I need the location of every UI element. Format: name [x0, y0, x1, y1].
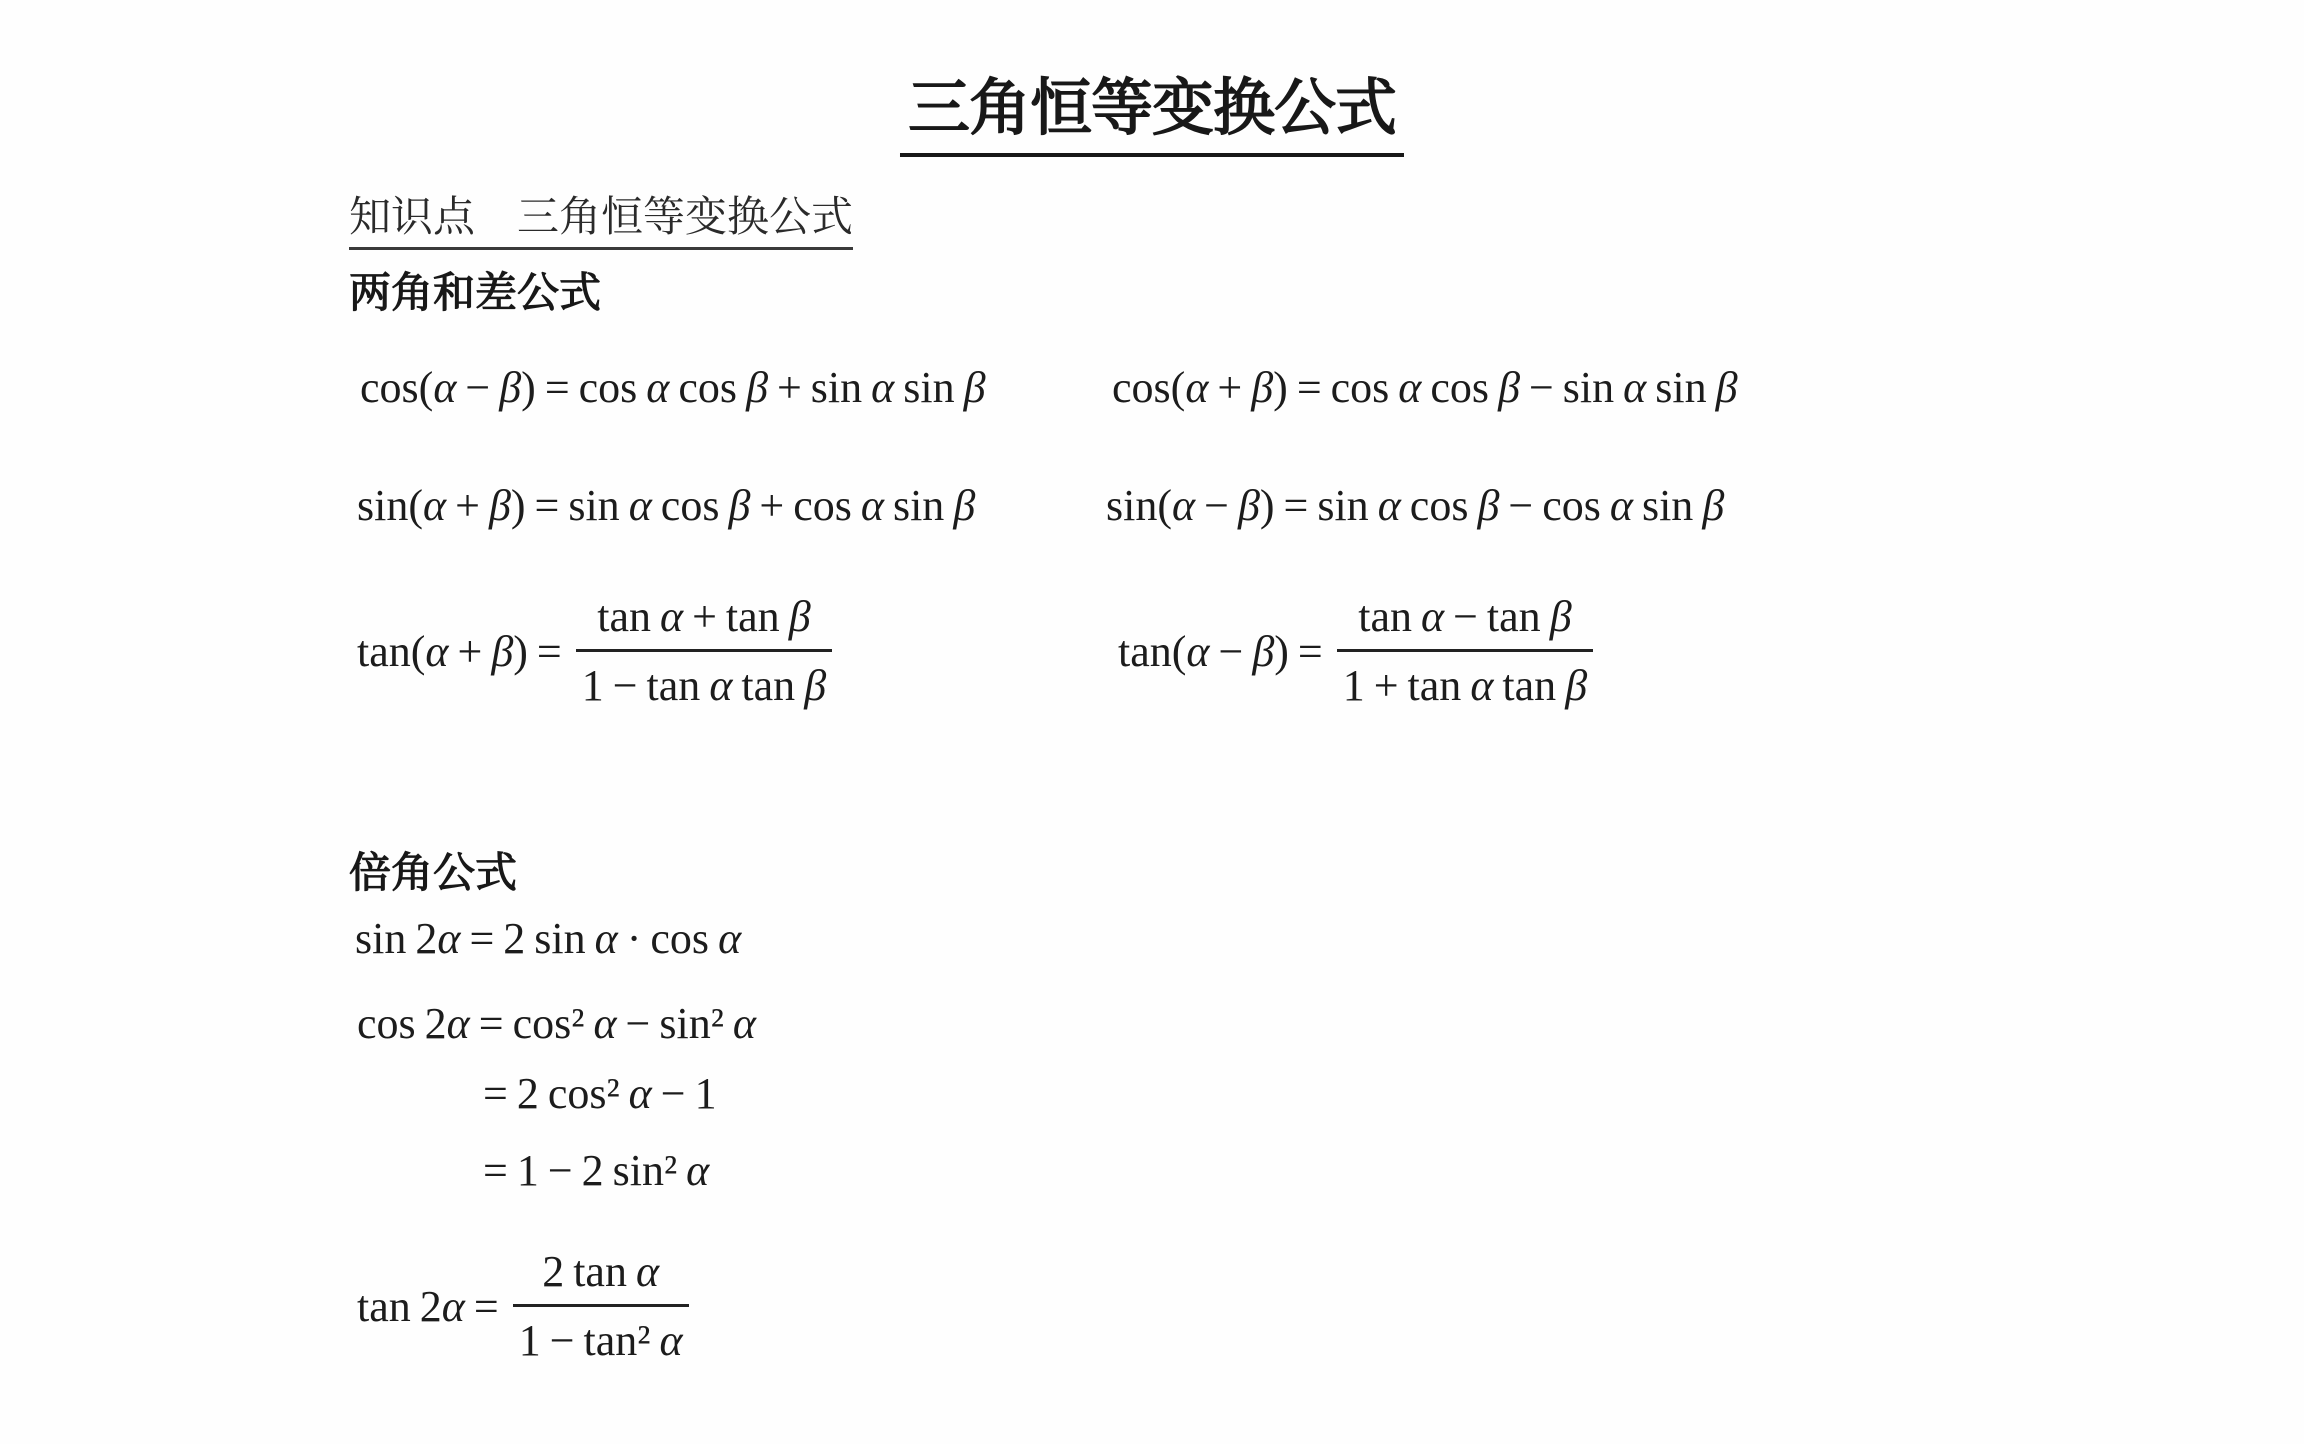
fraction-denominator: 1 + tan α tan β	[1337, 652, 1593, 708]
fraction: tan α − tan β 1 + tan α tan β	[1337, 595, 1593, 708]
formula-cos-2a-alt1: = 2 cos² α − 1	[483, 1072, 717, 1116]
fraction: tan α + tan β 1 − tan α tan β	[576, 595, 832, 708]
formula-cos-2a: cos 2α = cos² α − sin² α	[357, 1002, 756, 1046]
formula-sin-2a: sin 2α = 2 sin α · cos α	[355, 917, 741, 961]
fraction-numerator: tan α − tan β	[1337, 595, 1593, 652]
formula-tan-difference-lhs: tan(α − β) =	[1118, 630, 1323, 674]
formula-sin-difference: sin(α − β) = sin α cos β − cos α sin β	[1106, 484, 1724, 528]
formula-tan-2a-lhs: tan 2α =	[357, 1285, 499, 1329]
formula-cos-difference: cos(α − β) = cos α cos β + sin α sin β	[360, 366, 986, 410]
fraction: 2 tan α 1 − tan² α	[513, 1250, 689, 1363]
formula-tan-2a: tan 2α = 2 tan α 1 − tan² α	[357, 1250, 689, 1363]
fraction-denominator: 1 − tan α tan β	[576, 652, 832, 708]
fraction-numerator: 2 tan α	[513, 1250, 689, 1307]
formula-tan-sum: tan(α + β) = tan α + tan β 1 − tan α tan…	[357, 595, 832, 708]
formula-cos-sum: cos(α + β) = cos α cos β − sin α sin β	[1112, 366, 1738, 410]
document-page: 三角恒等变换公式 知识点 三角恒等变换公式 两角和差公式 cos(α − β) …	[0, 0, 2304, 1444]
formula-tan-difference: tan(α − β) = tan α − tan β 1 + tan α tan…	[1118, 595, 1593, 708]
page-title: 三角恒等变换公式	[900, 58, 1404, 157]
section-heading-double-angle: 倍角公式	[349, 840, 517, 900]
formula-sin-sum: sin(α + β) = sin α cos β + cos α sin β	[357, 484, 975, 528]
fraction-denominator: 1 − tan² α	[513, 1307, 689, 1363]
formula-tan-sum-lhs: tan(α + β) =	[357, 630, 562, 674]
formula-cos-2a-alt2: = 1 − 2 sin² α	[483, 1149, 709, 1193]
section-heading-sum-difference: 两角和差公式	[349, 260, 601, 320]
knowledge-point-heading: 知识点 三角恒等变换公式	[349, 184, 853, 250]
fraction-numerator: tan α + tan β	[576, 595, 832, 652]
